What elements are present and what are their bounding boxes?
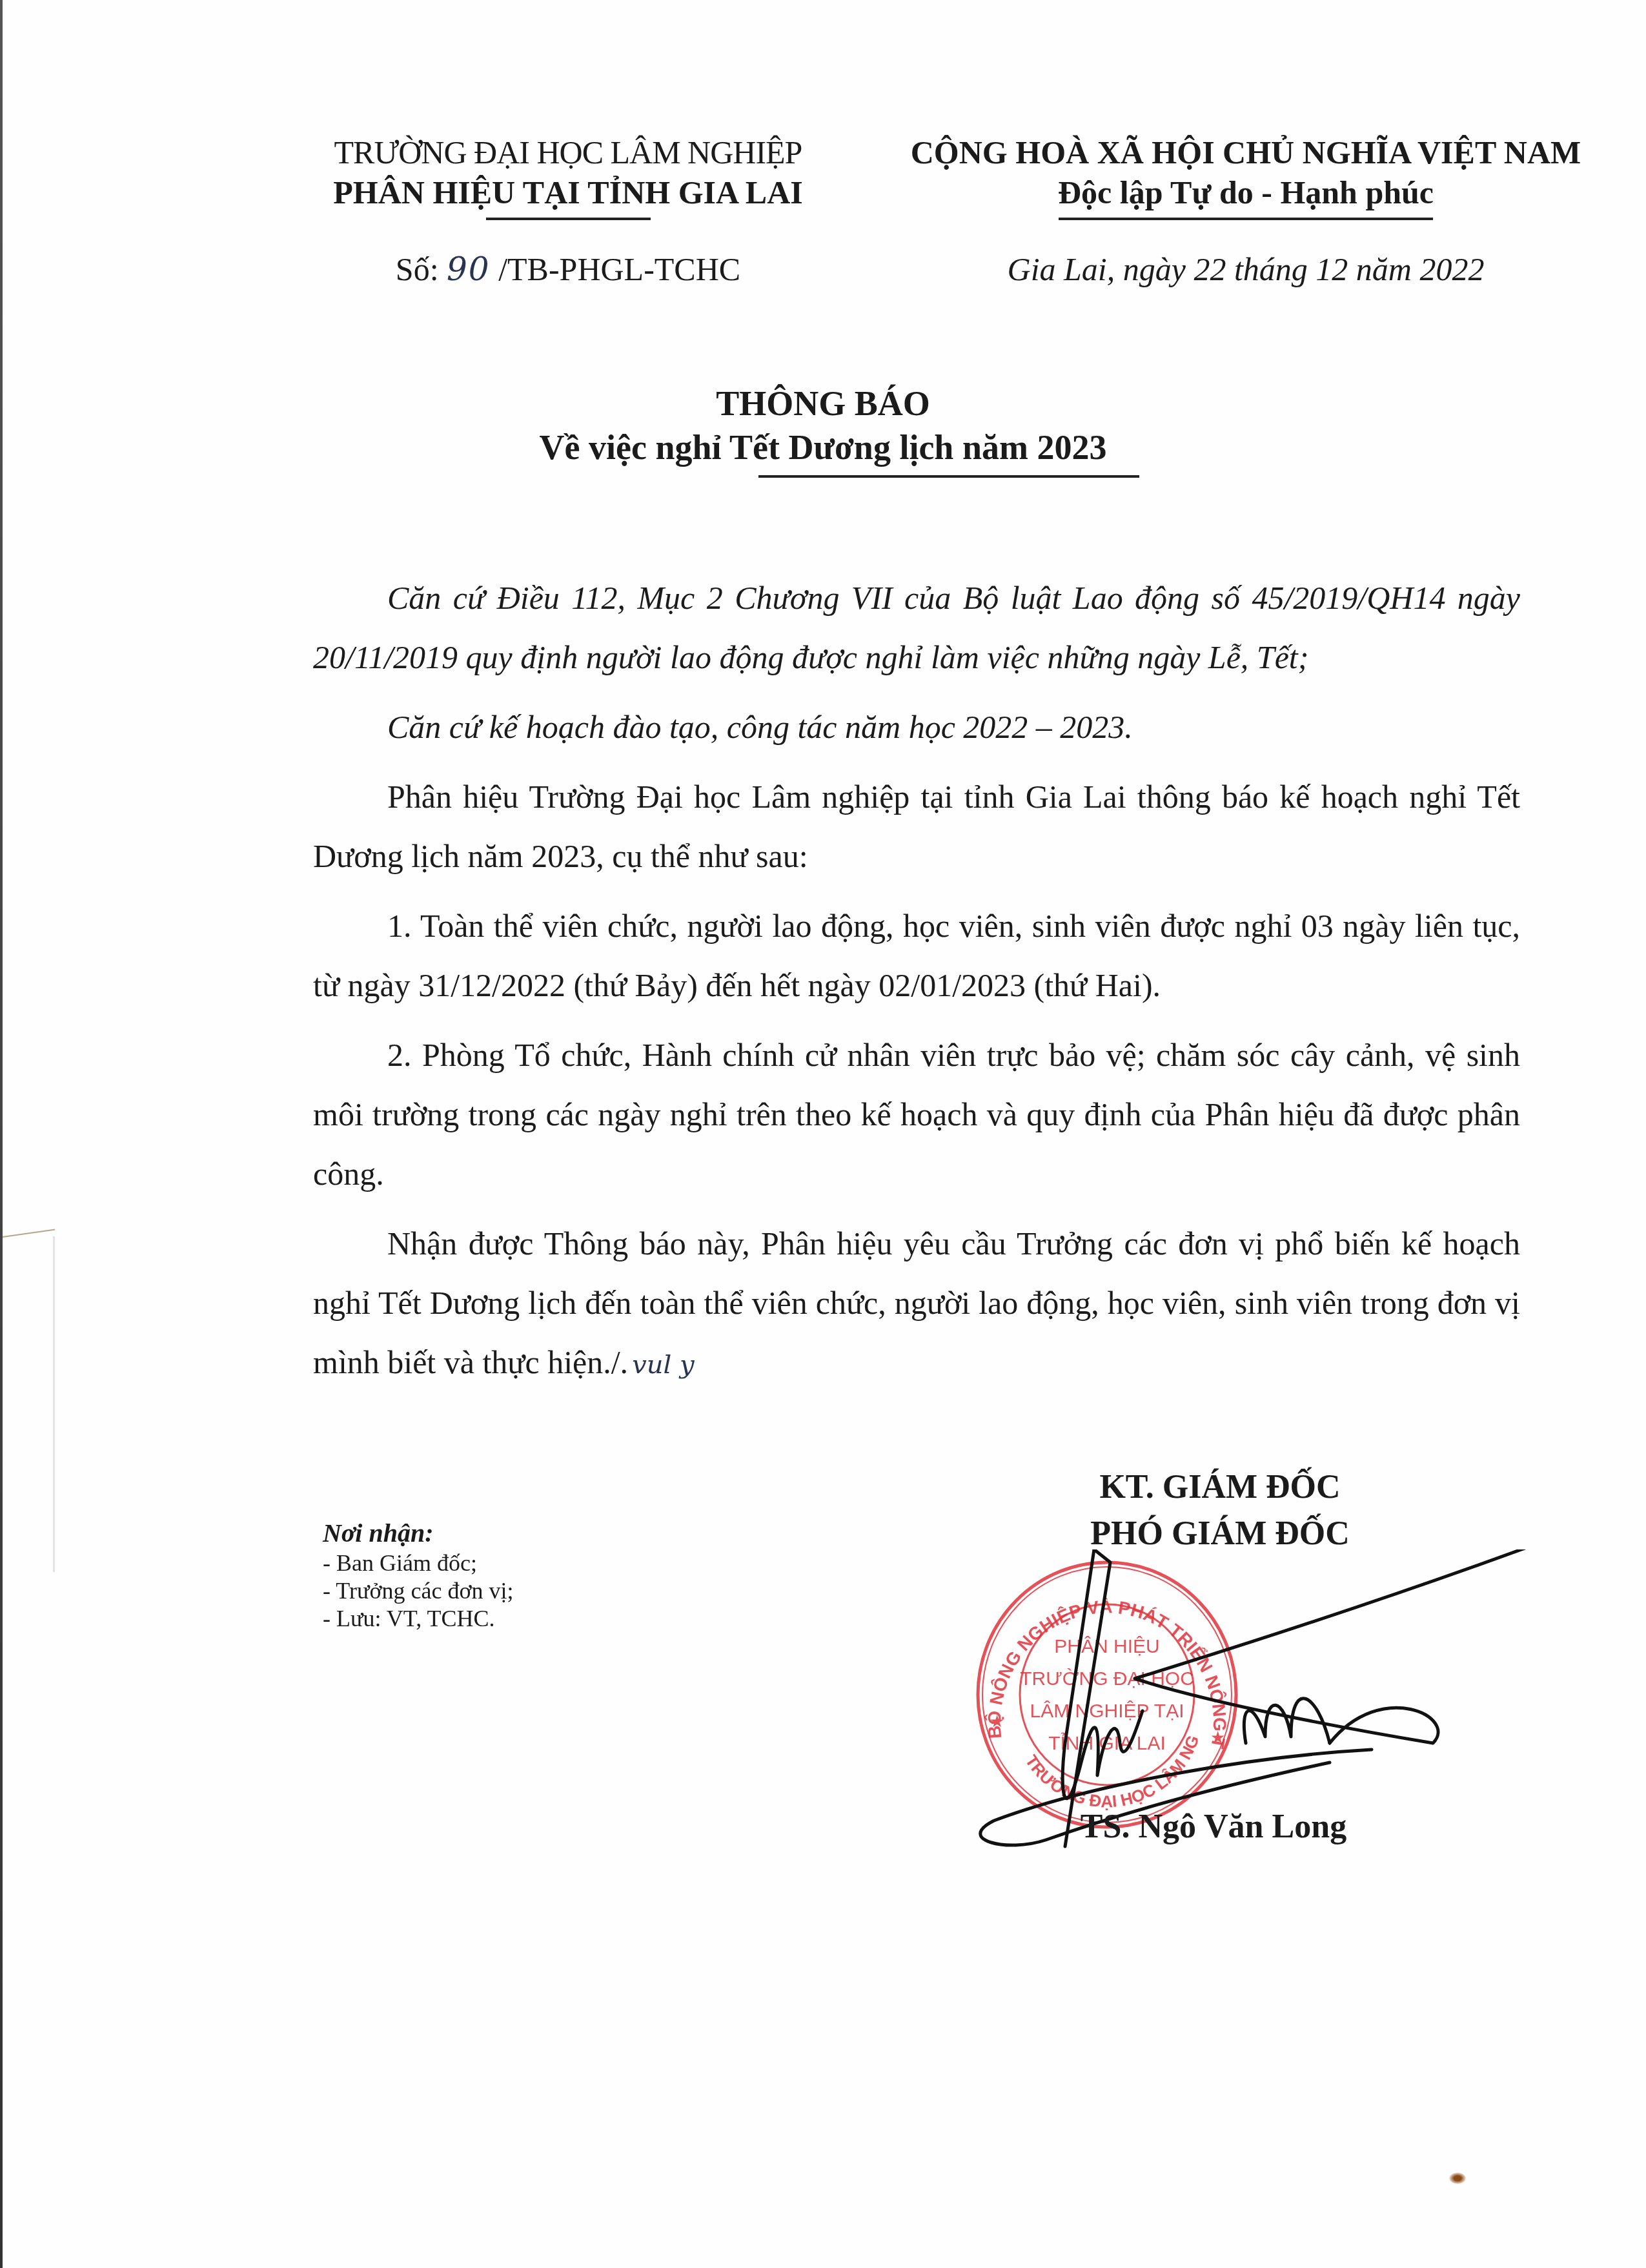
recipients-block: Nơi nhận: - Ban Giám đốc; - Trưởng các đ…	[323, 1517, 514, 1633]
document-subject: Về việc nghỉ Tết Dương lịch năm 2023	[0, 425, 1646, 470]
place-date: Gia Lai, ngày 22 tháng 12 năm 2022	[884, 250, 1607, 288]
issuer-underline	[486, 218, 651, 220]
number-suffix: /TB-PHGL-TCHC	[491, 251, 741, 287]
document-number: Số: 90 /TB-PHGL-TCHC	[303, 250, 833, 288]
document-body: Căn cứ Điều 112, Mục 2 Chương VII của Bộ…	[313, 568, 1520, 1405]
item-2-paragraph: 2. Phòng Tổ chức, Hành chính cử nhân viê…	[313, 1025, 1520, 1203]
signing-authority: KT. GIÁM ĐỐC	[994, 1464, 1446, 1511]
national-header: CỘNG HOÀ XÃ HỘI CHỦ NGHĨA VIỆT NAM Độc l…	[884, 132, 1607, 220]
item-1-paragraph: 1. Toàn thể viên chức, người lao động, h…	[313, 896, 1520, 1015]
national-motto: Độc lập Tự do - Hạnh phúc	[884, 172, 1607, 212]
closing-paragraph: Nhận được Thông báo này, Phân hiệu yêu c…	[313, 1214, 1520, 1395]
signature-block: KT. GIÁM ĐỐC PHÓ GIÁM ĐỐC	[994, 1464, 1446, 1557]
closing-text: Nhận được Thông báo này, Phân hiệu yêu c…	[313, 1225, 1520, 1380]
document-page: TRƯỜNG ĐẠI HỌC LÂM NGHIỆP PHÂN HIỆU TẠI …	[0, 0, 1646, 2268]
recipients-heading: Nơi nhận:	[323, 1517, 514, 1549]
motto-underline	[1059, 218, 1433, 220]
signer-name: TS. Ngô Văn Long	[1020, 1808, 1407, 1846]
organization-name: TRƯỜNG ĐẠI HỌC LÂM NGHIỆP	[303, 132, 833, 172]
document-title-block: THÔNG BÁO Về việc nghỉ Tết Dương lịch nă…	[0, 382, 1646, 478]
recipient-item: - Ban Giám đốc;	[323, 1549, 514, 1577]
scan-edge	[0, 0, 3, 2268]
scan-fold-mark	[3, 1236, 55, 1572]
document-title: THÔNG BÁO	[0, 382, 1646, 425]
scan-stain	[1449, 2172, 1466, 2184]
subject-underline	[758, 475, 1139, 478]
number-prefix: Số:	[396, 251, 447, 287]
handwritten-initials: vul y	[632, 1350, 694, 1380]
legal-basis-paragraph: Căn cứ Điều 112, Mục 2 Chương VII của Bộ…	[313, 568, 1520, 687]
handwritten-number: 90	[447, 250, 491, 288]
country-name: CỘNG HOÀ XÃ HỘI CHỦ NGHĨA VIỆT NAM	[884, 132, 1607, 172]
plan-basis-paragraph: Căn cứ kế hoạch đào tạo, công tác năm họ…	[313, 697, 1520, 757]
issuer-block: TRƯỜNG ĐẠI HỌC LÂM NGHIỆP PHÂN HIỆU TẠI …	[303, 132, 833, 220]
recipient-item: - Lưu: VT, TCHC.	[323, 1605, 514, 1633]
recipient-item: - Trưởng các đơn vị;	[323, 1577, 514, 1605]
branch-name: PHÂN HIỆU TẠI TỈNH GIA LAI	[303, 172, 833, 212]
announcement-paragraph: Phân hiệu Trường Đại học Lâm nghiệp tại …	[313, 767, 1520, 886]
